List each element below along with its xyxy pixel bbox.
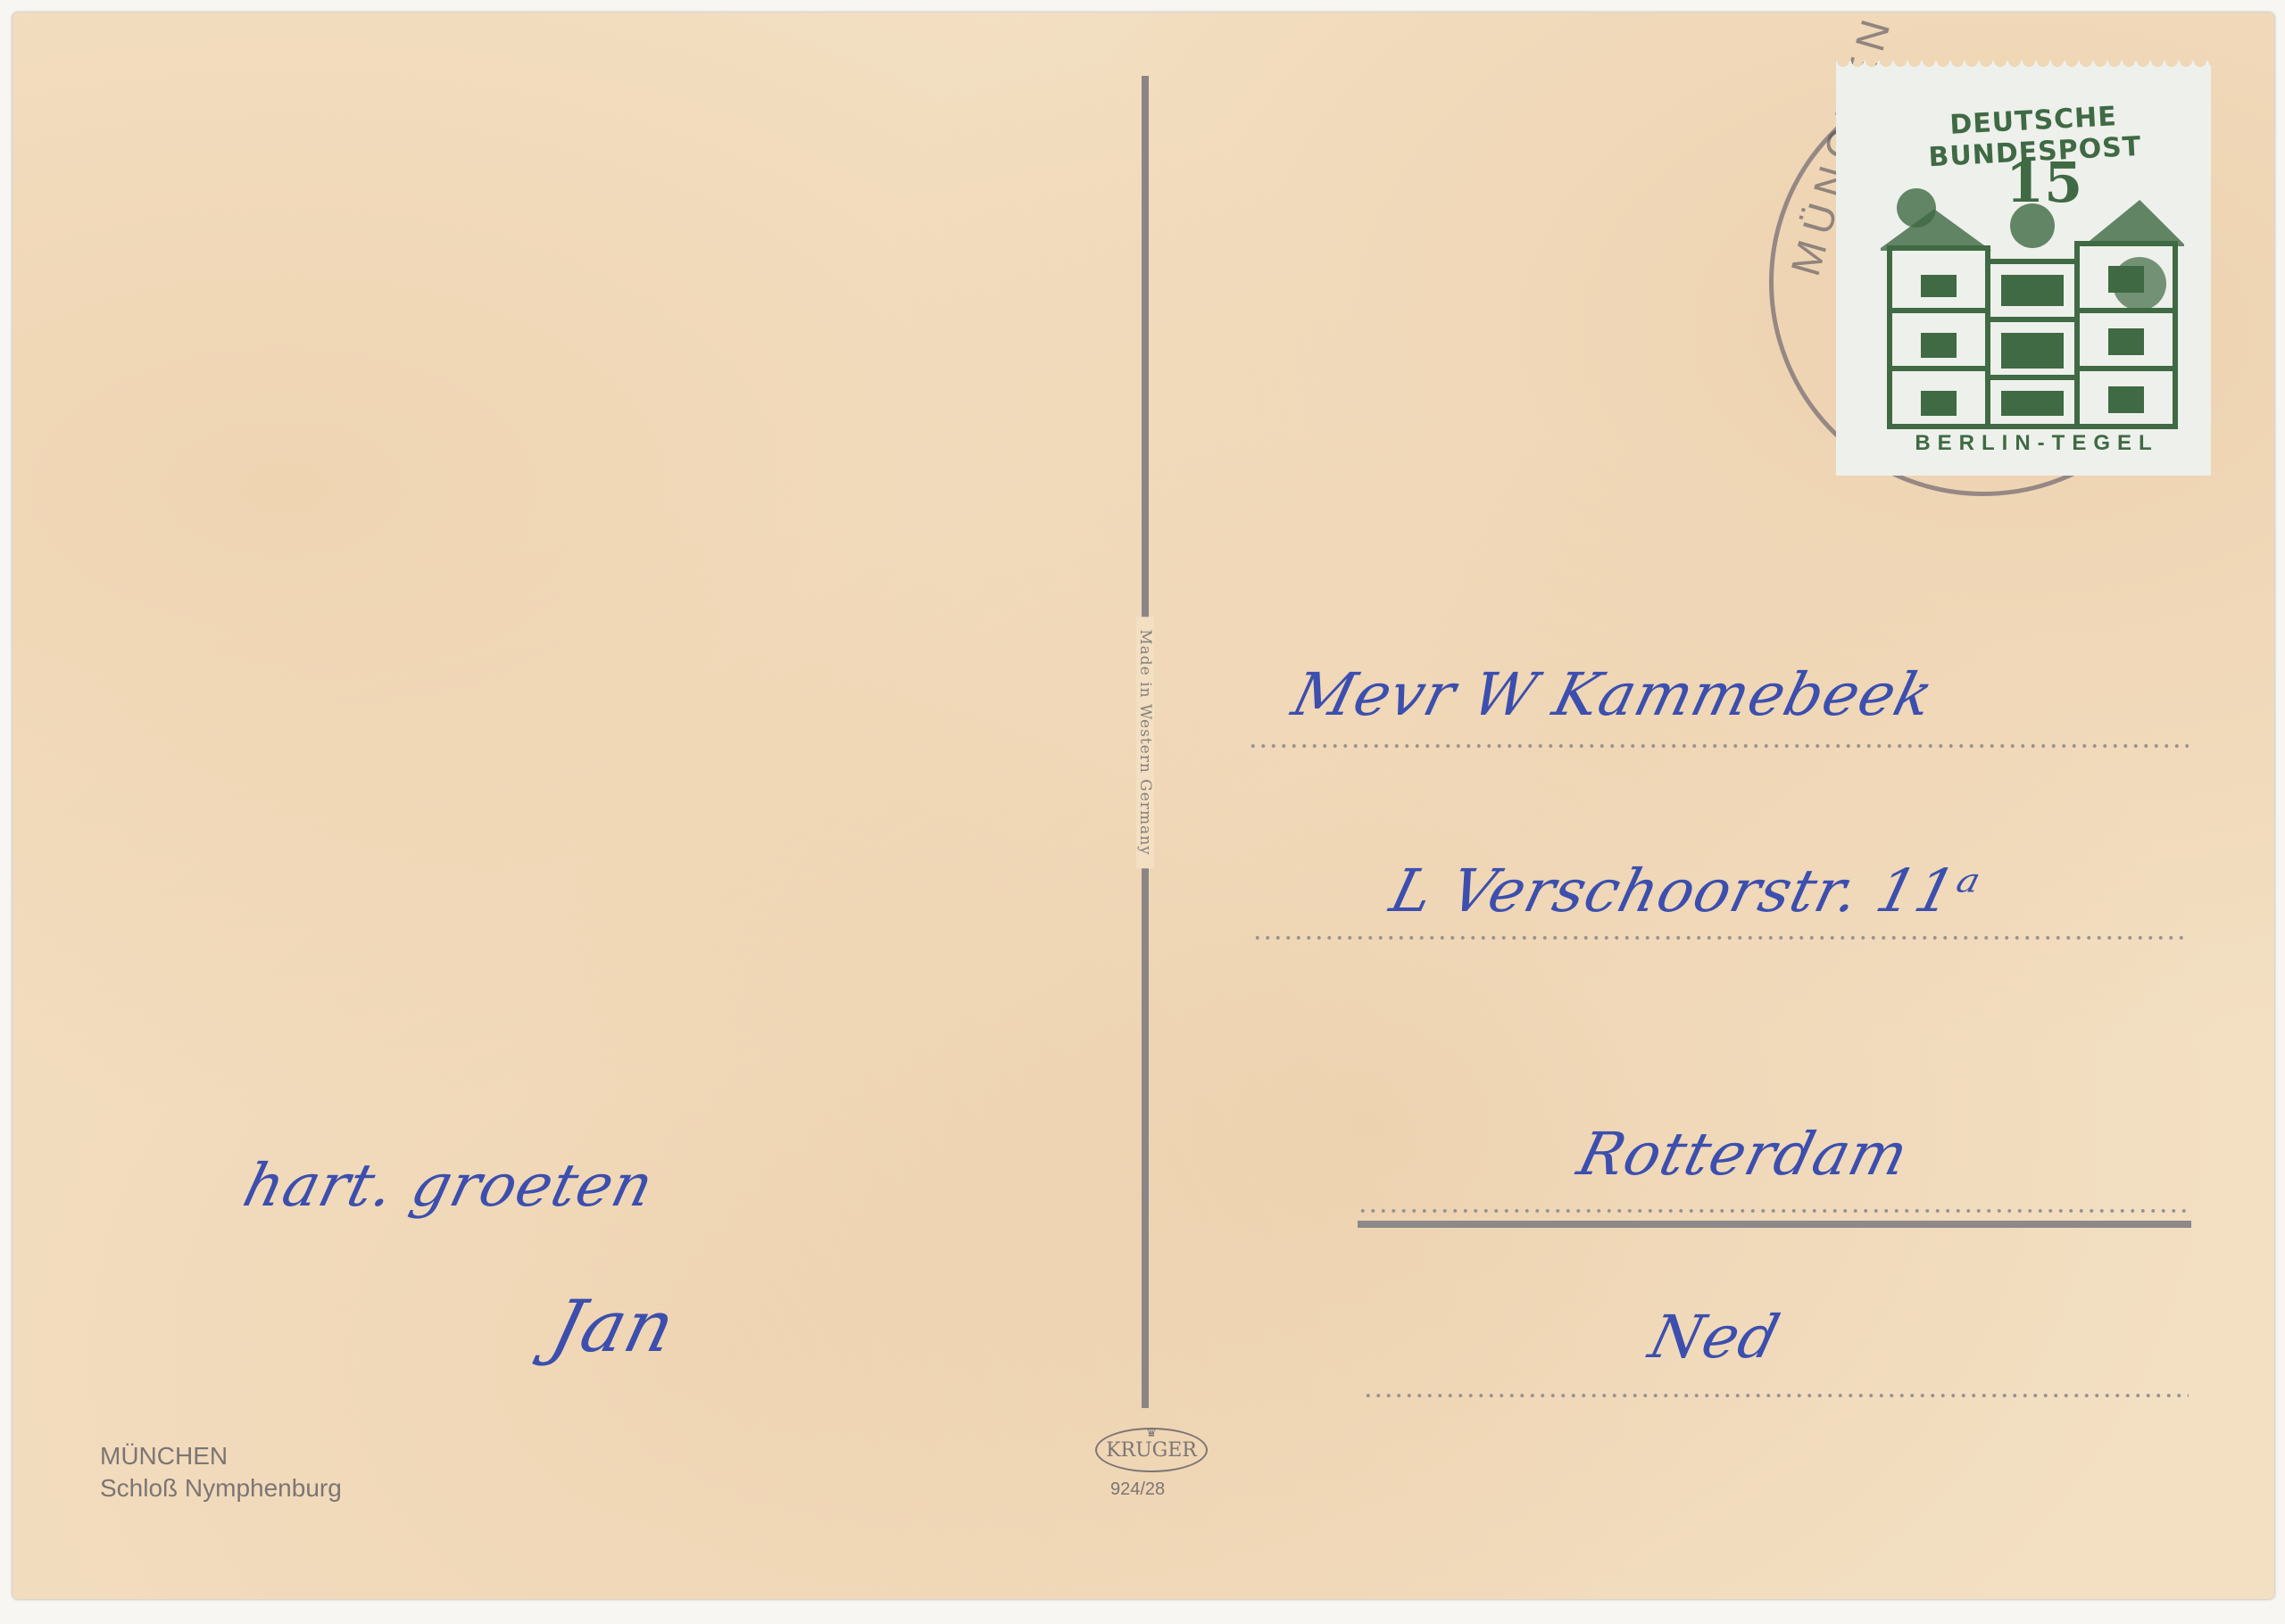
stamp-place: BERLIN-TEGEL: [1872, 431, 2202, 456]
address-recipient: Mevr W Kammebeek: [1285, 660, 1940, 729]
address-line-3: [1358, 1209, 2189, 1213]
crown-icon: ♛: [1146, 1426, 1158, 1440]
castle-building-icon: [1881, 177, 2184, 435]
address-country: Ned: [1642, 1303, 1786, 1371]
address-line-2: [1252, 936, 2189, 940]
message-greeting: hart. groeten: [237, 1151, 661, 1220]
caption: MÜNCHEN Schloß Nymphenburg: [100, 1440, 342, 1504]
address-line-4: [1363, 1394, 2189, 1397]
caption-city: MÜNCHEN: [100, 1440, 342, 1472]
message-signature: Jan: [543, 1285, 683, 1368]
postage-stamp: DEUTSCHE BUNDESPOST 15: [1836, 61, 2211, 476]
address-line-1: [1248, 744, 2189, 748]
publisher-name: KRUGER: [1106, 1439, 1197, 1462]
caption-subject: Schloß Nymphenburg: [100, 1472, 342, 1504]
address-city: Rotterdam: [1571, 1120, 1915, 1189]
made-in-label: Made in Western Germany: [1136, 617, 1154, 868]
publisher-logo: ♛ KRUGER: [1095, 1428, 1208, 1472]
address-city-underline: [1358, 1221, 2191, 1228]
catalog-number: 924/28: [1110, 1479, 1165, 1500]
address-street: L Verschoorstr. 11ᵃ: [1383, 857, 1986, 925]
